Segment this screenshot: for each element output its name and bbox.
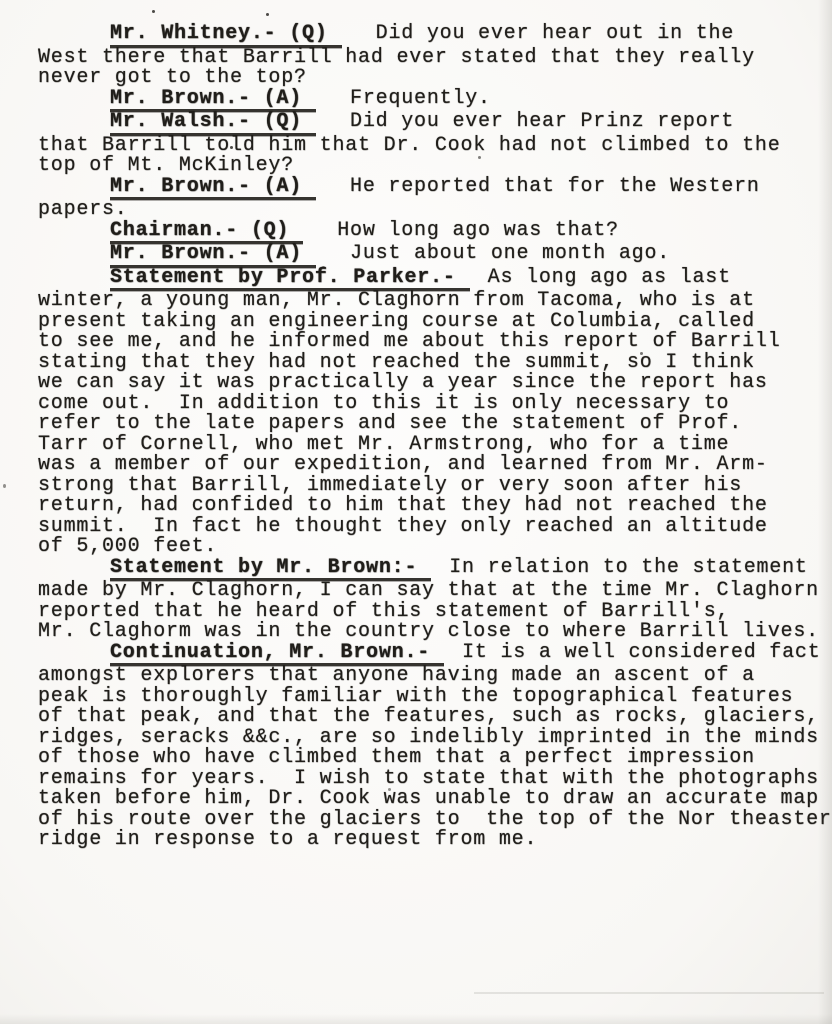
first-line-text: It is a well considered fact	[462, 641, 820, 664]
first-line-text: Frequently.	[350, 87, 491, 110]
typewritten-page: Mr. Whitney.- (Q)Did you ever hear out i…	[0, 0, 832, 1024]
ink-speck	[322, 266, 325, 269]
ink-speck	[3, 484, 6, 488]
text-line: taken before him, Dr. Cook was unable to…	[38, 789, 832, 810]
speaker-heading: Mr. Brown.- (A)	[110, 244, 316, 268]
first-line-text: How long ago was that?	[337, 219, 619, 242]
text-line: refer to the late papers and see the sta…	[38, 414, 832, 435]
text-line: peak is thoroughly familiar with the top…	[38, 687, 832, 708]
block-lines: papers.	[38, 200, 832, 221]
speaker-heading: Mr. Brown.- (A)	[110, 177, 316, 201]
text-line: top of Mt. McKinley?	[38, 156, 832, 177]
text-line: summit. In fact he thought they only rea…	[38, 517, 832, 538]
text-line: of those who have climbed them that a pe…	[38, 748, 832, 769]
page-edge-shading	[0, 1014, 832, 1024]
block-lines: that Barrill told him that Dr. Cook had …	[38, 136, 832, 177]
ink-speck	[388, 788, 391, 791]
first-line-text: As long ago as last	[488, 266, 731, 289]
scan-streak	[474, 992, 823, 994]
block-lines: amongst explorers that anyone having mad…	[38, 666, 832, 851]
text-line: Tarr of Cornell, who met Mr. Armstrong, …	[38, 435, 832, 456]
block-first-line: Continuation, Mr. Brown.-It is a well co…	[38, 643, 832, 667]
text-line: made by Mr. Claghorn, I can say that at …	[38, 581, 832, 602]
ink-speck	[152, 10, 155, 13]
text-line: never got to the top?	[38, 68, 832, 89]
block-lines: winter, a young man, Mr. Claghorn from T…	[38, 291, 832, 558]
text-line: remains for years. I wish to state that …	[38, 769, 832, 790]
block-first-line: Statement by Mr. Brown:-In relation to t…	[38, 558, 832, 582]
speaker-heading: Mr. Whitney.- (Q)	[110, 24, 342, 48]
text-line: present taking an engineering course at …	[38, 312, 832, 333]
speaker-heading: Chairman.- (Q)	[110, 221, 303, 245]
block-first-line: Statement by Prof. Parker.-As long ago a…	[38, 268, 832, 292]
speaker-heading: Mr. Walsh.- (Q)	[110, 112, 316, 136]
text-line: of that peak, and that the features, suc…	[38, 707, 832, 728]
text-line: ridges, seracks &&c., are so indelibly i…	[38, 728, 832, 749]
text-line: West there that Barrill had ever stated …	[38, 48, 832, 69]
text-line: of his route over the glaciers to the to…	[38, 810, 832, 831]
block-lines: made by Mr. Claghorn, I can say that at …	[38, 581, 832, 643]
block-first-line: Chairman.- (Q)How long ago was that?	[38, 221, 832, 245]
speaker-heading: Mr. Brown.- (A)	[110, 89, 316, 113]
text-line: Mr. Claghorm was in the country close to…	[38, 622, 832, 643]
qa-block-chairman-q: Chairman.- (Q)How long ago was that?	[38, 221, 832, 245]
first-line-text: Did you ever hear Prinz report	[350, 110, 734, 133]
continuation-block-brown: Continuation, Mr. Brown.-It is a well co…	[38, 643, 832, 851]
first-line-text: In relation to the statement	[449, 556, 807, 579]
first-line-text: Just about one month ago.	[350, 242, 670, 265]
qa-block-brown-a1: Mr. Brown.- (A)Frequently.	[38, 89, 832, 113]
text-line: to see me, and he informed me about this…	[38, 332, 832, 353]
speaker-heading: Statement by Prof. Parker.-	[110, 268, 470, 292]
ink-speck	[230, 146, 233, 149]
first-line-text: Did you ever hear out in the	[376, 22, 734, 45]
qa-block-walsh-q: Mr. Walsh.- (Q)Did you ever hear Prinz r…	[38, 112, 832, 177]
text-line: stating that they had not reached the su…	[38, 353, 832, 374]
block-first-line: Mr. Whitney.- (Q)Did you ever hear out i…	[38, 24, 832, 48]
block-first-line: Mr. Brown.- (A)He reported that for the …	[38, 177, 832, 201]
text-line: return, had confided to him that they ha…	[38, 496, 832, 517]
speaker-heading: Statement by Mr. Brown:-	[110, 558, 431, 582]
block-first-line: Mr. Brown.- (A)Frequently.	[38, 89, 832, 113]
text-line: strong that Barrill, immediately or very…	[38, 476, 832, 497]
speaker-heading: Continuation, Mr. Brown.-	[110, 643, 444, 667]
ink-speck	[640, 352, 643, 355]
text-line: that Barrill told him that Dr. Cook had …	[38, 136, 832, 157]
ink-speck	[478, 156, 481, 159]
block-first-line: Mr. Brown.- (A)Just about one month ago.	[38, 244, 832, 268]
text-line: amongst explorers that anyone having mad…	[38, 666, 832, 687]
statement-block-brown: Statement by Mr. Brown:-In relation to t…	[38, 558, 832, 643]
text-line: winter, a young man, Mr. Claghorn from T…	[38, 291, 832, 312]
qa-block-whitney-q: Mr. Whitney.- (Q)Did you ever hear out i…	[38, 24, 832, 89]
qa-block-brown-a2: Mr. Brown.- (A)He reported that for the …	[38, 177, 832, 221]
text-line: ridge in response to a request from me.	[38, 830, 832, 851]
text-line: come out. In addition to this it is only…	[38, 394, 832, 415]
text-line: was a member of our expedition, and lear…	[38, 455, 832, 476]
text-line: of 5,000 feet.	[38, 537, 832, 558]
text-line: reported that he heard of this statement…	[38, 602, 832, 623]
page-edge-shading	[818, 0, 832, 1024]
text-line: we can say it was practically a year sin…	[38, 373, 832, 394]
text-line: papers.	[38, 200, 832, 221]
statement-block-parker: Statement by Prof. Parker.-As long ago a…	[38, 268, 832, 558]
block-lines: West there that Barrill had ever stated …	[38, 48, 832, 89]
block-first-line: Mr. Walsh.- (Q)Did you ever hear Prinz r…	[38, 112, 832, 136]
ink-speck	[266, 13, 269, 16]
qa-block-brown-a3: Mr. Brown.- (A)Just about one month ago.	[38, 244, 832, 268]
first-line-text: He reported that for the Western	[350, 175, 760, 198]
